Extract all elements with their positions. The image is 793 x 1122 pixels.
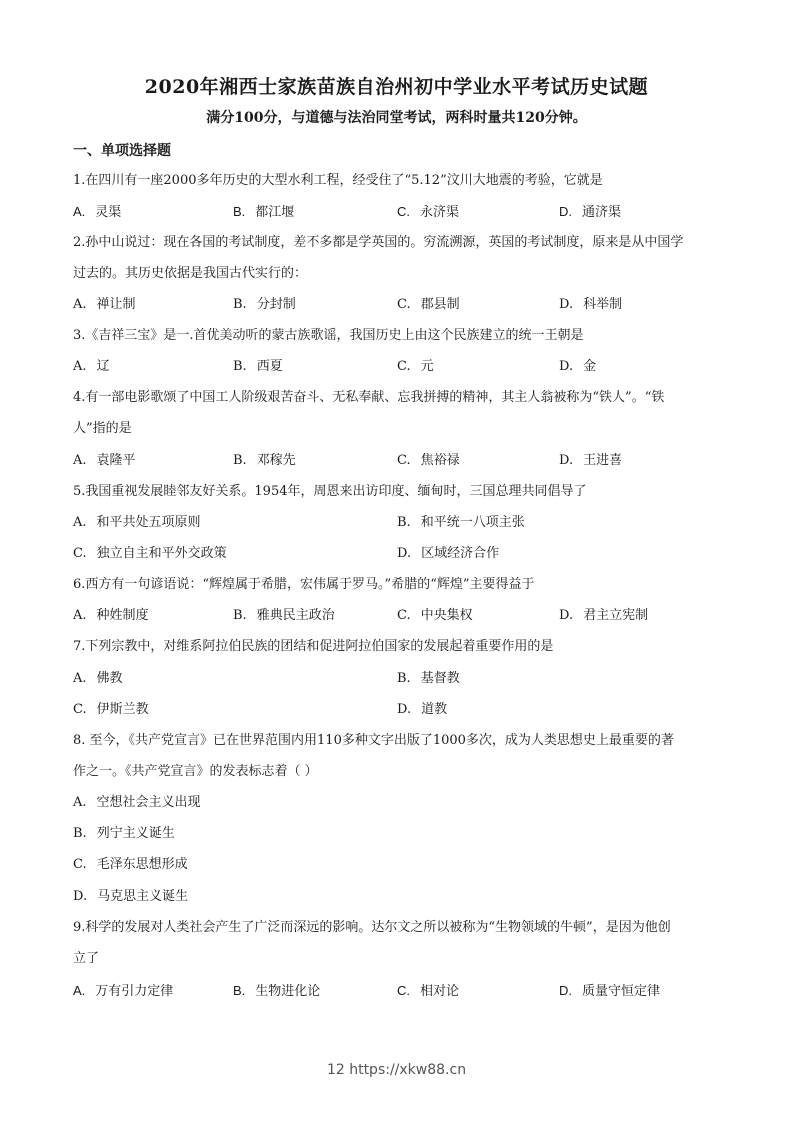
option-letter: A.	[73, 204, 85, 219]
option-letter: C.	[397, 608, 411, 623]
option-text: 袁隆平	[97, 453, 136, 468]
option-letter: C.	[397, 297, 411, 312]
question-2-text: 2.孙中山说过：现在各国的考试制度，差不多都是学英国的。穷流溯源，英国的考试制度…	[73, 234, 683, 252]
question-1-option-a: A.灵渠	[73, 203, 121, 222]
option-letter: C.	[73, 857, 87, 872]
question-2-option-c: C.郡县制	[397, 296, 460, 314]
question-7-option-d: D.道教	[397, 701, 447, 719]
question-8-option-b: B.列宁主义诞生	[73, 825, 175, 843]
question-8-option-d: D.马克思主义诞生	[73, 888, 188, 906]
option-text: 王进喜	[583, 453, 622, 468]
option-text: 分封制	[257, 297, 296, 312]
option-letter: D.	[559, 453, 573, 468]
question-7-text: 7.下列宗教中，对维系阿拉伯民族的团结和促进阿拉伯国家的发展起着重要作用的是	[73, 638, 553, 656]
question-9-text: 9.科学的发展对人类社会产生了广泛而深远的影响。达尔文之所以被称为“生物领域的牛…	[73, 919, 671, 937]
question-4-text-cont: 人”指的是	[73, 420, 132, 438]
option-letter: C.	[397, 359, 411, 374]
question-3-option-a: A.辽	[73, 358, 110, 376]
option-text: 相对论	[420, 984, 459, 999]
option-letter: B.	[73, 826, 87, 841]
page-footer: 12 https://xkw88.cn	[0, 1062, 793, 1078]
option-text: 列宁主义诞生	[97, 826, 175, 841]
option-letter: D.	[73, 889, 87, 904]
option-text: 毛泽东思想形成	[97, 857, 188, 872]
question-9-option-b: B.生物进化论	[233, 982, 320, 1001]
option-text: 焦裕禄	[421, 453, 460, 468]
option-letter: C.	[73, 546, 87, 561]
question-8-option-a: A.空想社会主义出现	[73, 794, 201, 812]
option-letter: A.	[73, 453, 87, 468]
option-text: 都江堰	[255, 205, 294, 220]
option-letter: D.	[559, 204, 572, 219]
option-text: 种姓制度	[97, 608, 149, 623]
question-2-text-cont: 过去的。其历史依据是我国古代实行的：	[73, 265, 307, 283]
question-9-option-d: D.质量守恒定律	[559, 982, 660, 1001]
option-text: 永济渠	[420, 205, 459, 220]
option-letter: A.	[73, 671, 87, 686]
option-text: 邓稼先	[257, 453, 296, 468]
option-text: 辽	[97, 359, 110, 374]
question-5-option-d: D.区域经济合作	[397, 545, 499, 563]
option-letter: A.	[73, 359, 87, 374]
option-text: 和平共处五项原则	[97, 515, 201, 530]
question-1-option-d: D.通济渠	[559, 203, 621, 222]
question-4-option-a: A.袁隆平	[73, 452, 136, 470]
option-text: 基督教	[421, 671, 460, 686]
option-text: 万有引力定律	[95, 984, 173, 999]
option-letter: A.	[73, 515, 87, 530]
question-9-option-a: A.万有引力定律	[73, 982, 173, 1001]
option-text: 金	[583, 359, 596, 374]
option-letter: D.	[559, 359, 573, 374]
question-3-option-d: D.金	[559, 358, 596, 376]
option-letter: A.	[73, 297, 87, 312]
option-letter: B.	[233, 297, 247, 312]
option-text: 通济渠	[582, 205, 621, 220]
question-6-text: 6.西方有一句谚语说：“辉煌属于希腊，宏伟属于罗马。”希腊的“辉煌”主要得益于	[73, 576, 535, 594]
question-7-option-b: B.基督教	[397, 670, 460, 688]
option-letter: C.	[397, 204, 410, 219]
question-8-text-cont: 作之一。《共产党宣言》的发表标志着（ ）	[73, 763, 318, 781]
question-4-option-c: C.焦裕禄	[397, 452, 460, 470]
option-letter: C.	[73, 702, 87, 717]
option-text: 道教	[421, 702, 447, 717]
question-4-option-d: D.王进喜	[559, 452, 622, 470]
option-letter: B.	[233, 608, 247, 623]
option-text: 雅典民主政治	[257, 608, 335, 623]
question-2-option-d: D.科举制	[559, 296, 622, 314]
question-9-text-cont: 立了	[73, 950, 99, 968]
option-letter: B.	[397, 671, 411, 686]
exam-instructions: 满分100分，与道德与法治同堂考试，两科时量共120分钟。	[0, 107, 793, 127]
option-letter: C.	[397, 453, 411, 468]
question-5-option-b: B.和平统一八项主张	[397, 514, 525, 532]
option-text: 马克思主义诞生	[97, 889, 188, 904]
question-4-text: 4.有一部电影歌颂了中国工人阶级艰苦奋斗、无私奉献、忘我拼搏的精神，其主人翁被称…	[73, 389, 664, 407]
question-9-option-c: C.相对论	[397, 982, 459, 1001]
option-text: 区域经济合作	[421, 546, 499, 561]
option-text: 质量守恒定律	[582, 984, 660, 999]
option-letter: B.	[233, 983, 245, 998]
question-8-option-c: C.毛泽东思想形成	[73, 856, 188, 874]
option-text: 元	[421, 359, 434, 374]
question-5-option-c: C.独立自主和平外交政策	[73, 545, 227, 563]
option-letter: B.	[233, 453, 247, 468]
option-text: 独立自主和平外交政策	[97, 546, 227, 561]
option-letter: B.	[397, 515, 411, 530]
option-text: 佛教	[97, 671, 123, 686]
question-6-option-b: B.雅典民主政治	[233, 607, 335, 625]
question-7-option-c: C.伊斯兰教	[73, 701, 149, 719]
question-6-option-c: C.中央集权	[397, 607, 473, 625]
question-3-text: 3.《吉祥三宝》是一.首优美动听的蒙古族歌谣，我国历史上由这个民族建立的统一王朝…	[73, 327, 584, 345]
question-3-option-b: B.西夏	[233, 358, 283, 376]
option-text: 郡县制	[421, 297, 460, 312]
option-text: 灵渠	[95, 205, 121, 220]
option-letter: B.	[233, 359, 247, 374]
question-1-option-b: B.都江堰	[233, 203, 294, 222]
option-text: 生物进化论	[255, 984, 320, 999]
option-text: 空想社会主义出现	[97, 795, 201, 810]
question-2-option-a: A.禅让制	[73, 296, 136, 314]
question-1-text: 1.在四川有一座2000多年历史的大型水利工程，经受住了“5.12”汶川大地震的…	[73, 172, 603, 190]
option-letter: D.	[397, 546, 411, 561]
question-4-option-b: B.邓稼先	[233, 452, 296, 470]
option-letter: D.	[559, 297, 573, 312]
option-letter: A.	[73, 795, 87, 810]
page-title: 2020年湘西士家族苗族自治州初中学业水平考试历史试题	[0, 72, 793, 99]
option-text: 伊斯兰教	[97, 702, 149, 717]
option-letter: A.	[73, 983, 85, 998]
option-letter: A.	[73, 608, 87, 623]
question-6-option-a: A.种姓制度	[73, 607, 149, 625]
question-8-text: 8. 至今，《共产党宣言》已在世界范围内用110多种文字出版了1000多次，成为…	[73, 732, 674, 750]
option-text: 中央集权	[421, 608, 473, 623]
section-heading: 一、单项选择题	[73, 140, 171, 160]
question-6-option-d: D.君主立宪制	[559, 607, 648, 625]
option-letter: C.	[397, 983, 410, 998]
option-letter: D.	[559, 983, 572, 998]
question-3-option-c: C.元	[397, 358, 434, 376]
option-letter: B.	[233, 204, 245, 219]
question-5-text: 5.我国重视发展睦邻友好关系。1954年，周恩来出访印度、缅甸时，三国总理共同倡…	[73, 483, 587, 501]
option-text: 西夏	[257, 359, 283, 374]
question-5-option-a: A.和平共处五项原则	[73, 514, 201, 532]
option-text: 科举制	[583, 297, 622, 312]
option-text: 和平统一八项主张	[421, 515, 525, 530]
option-text: 禅让制	[97, 297, 136, 312]
option-letter: D.	[397, 702, 411, 717]
option-letter: D.	[559, 608, 573, 623]
question-1-option-c: C.永济渠	[397, 203, 459, 222]
option-text: 君主立宪制	[583, 608, 648, 623]
question-7-option-a: A.佛教	[73, 670, 123, 688]
question-2-option-b: B.分封制	[233, 296, 296, 314]
